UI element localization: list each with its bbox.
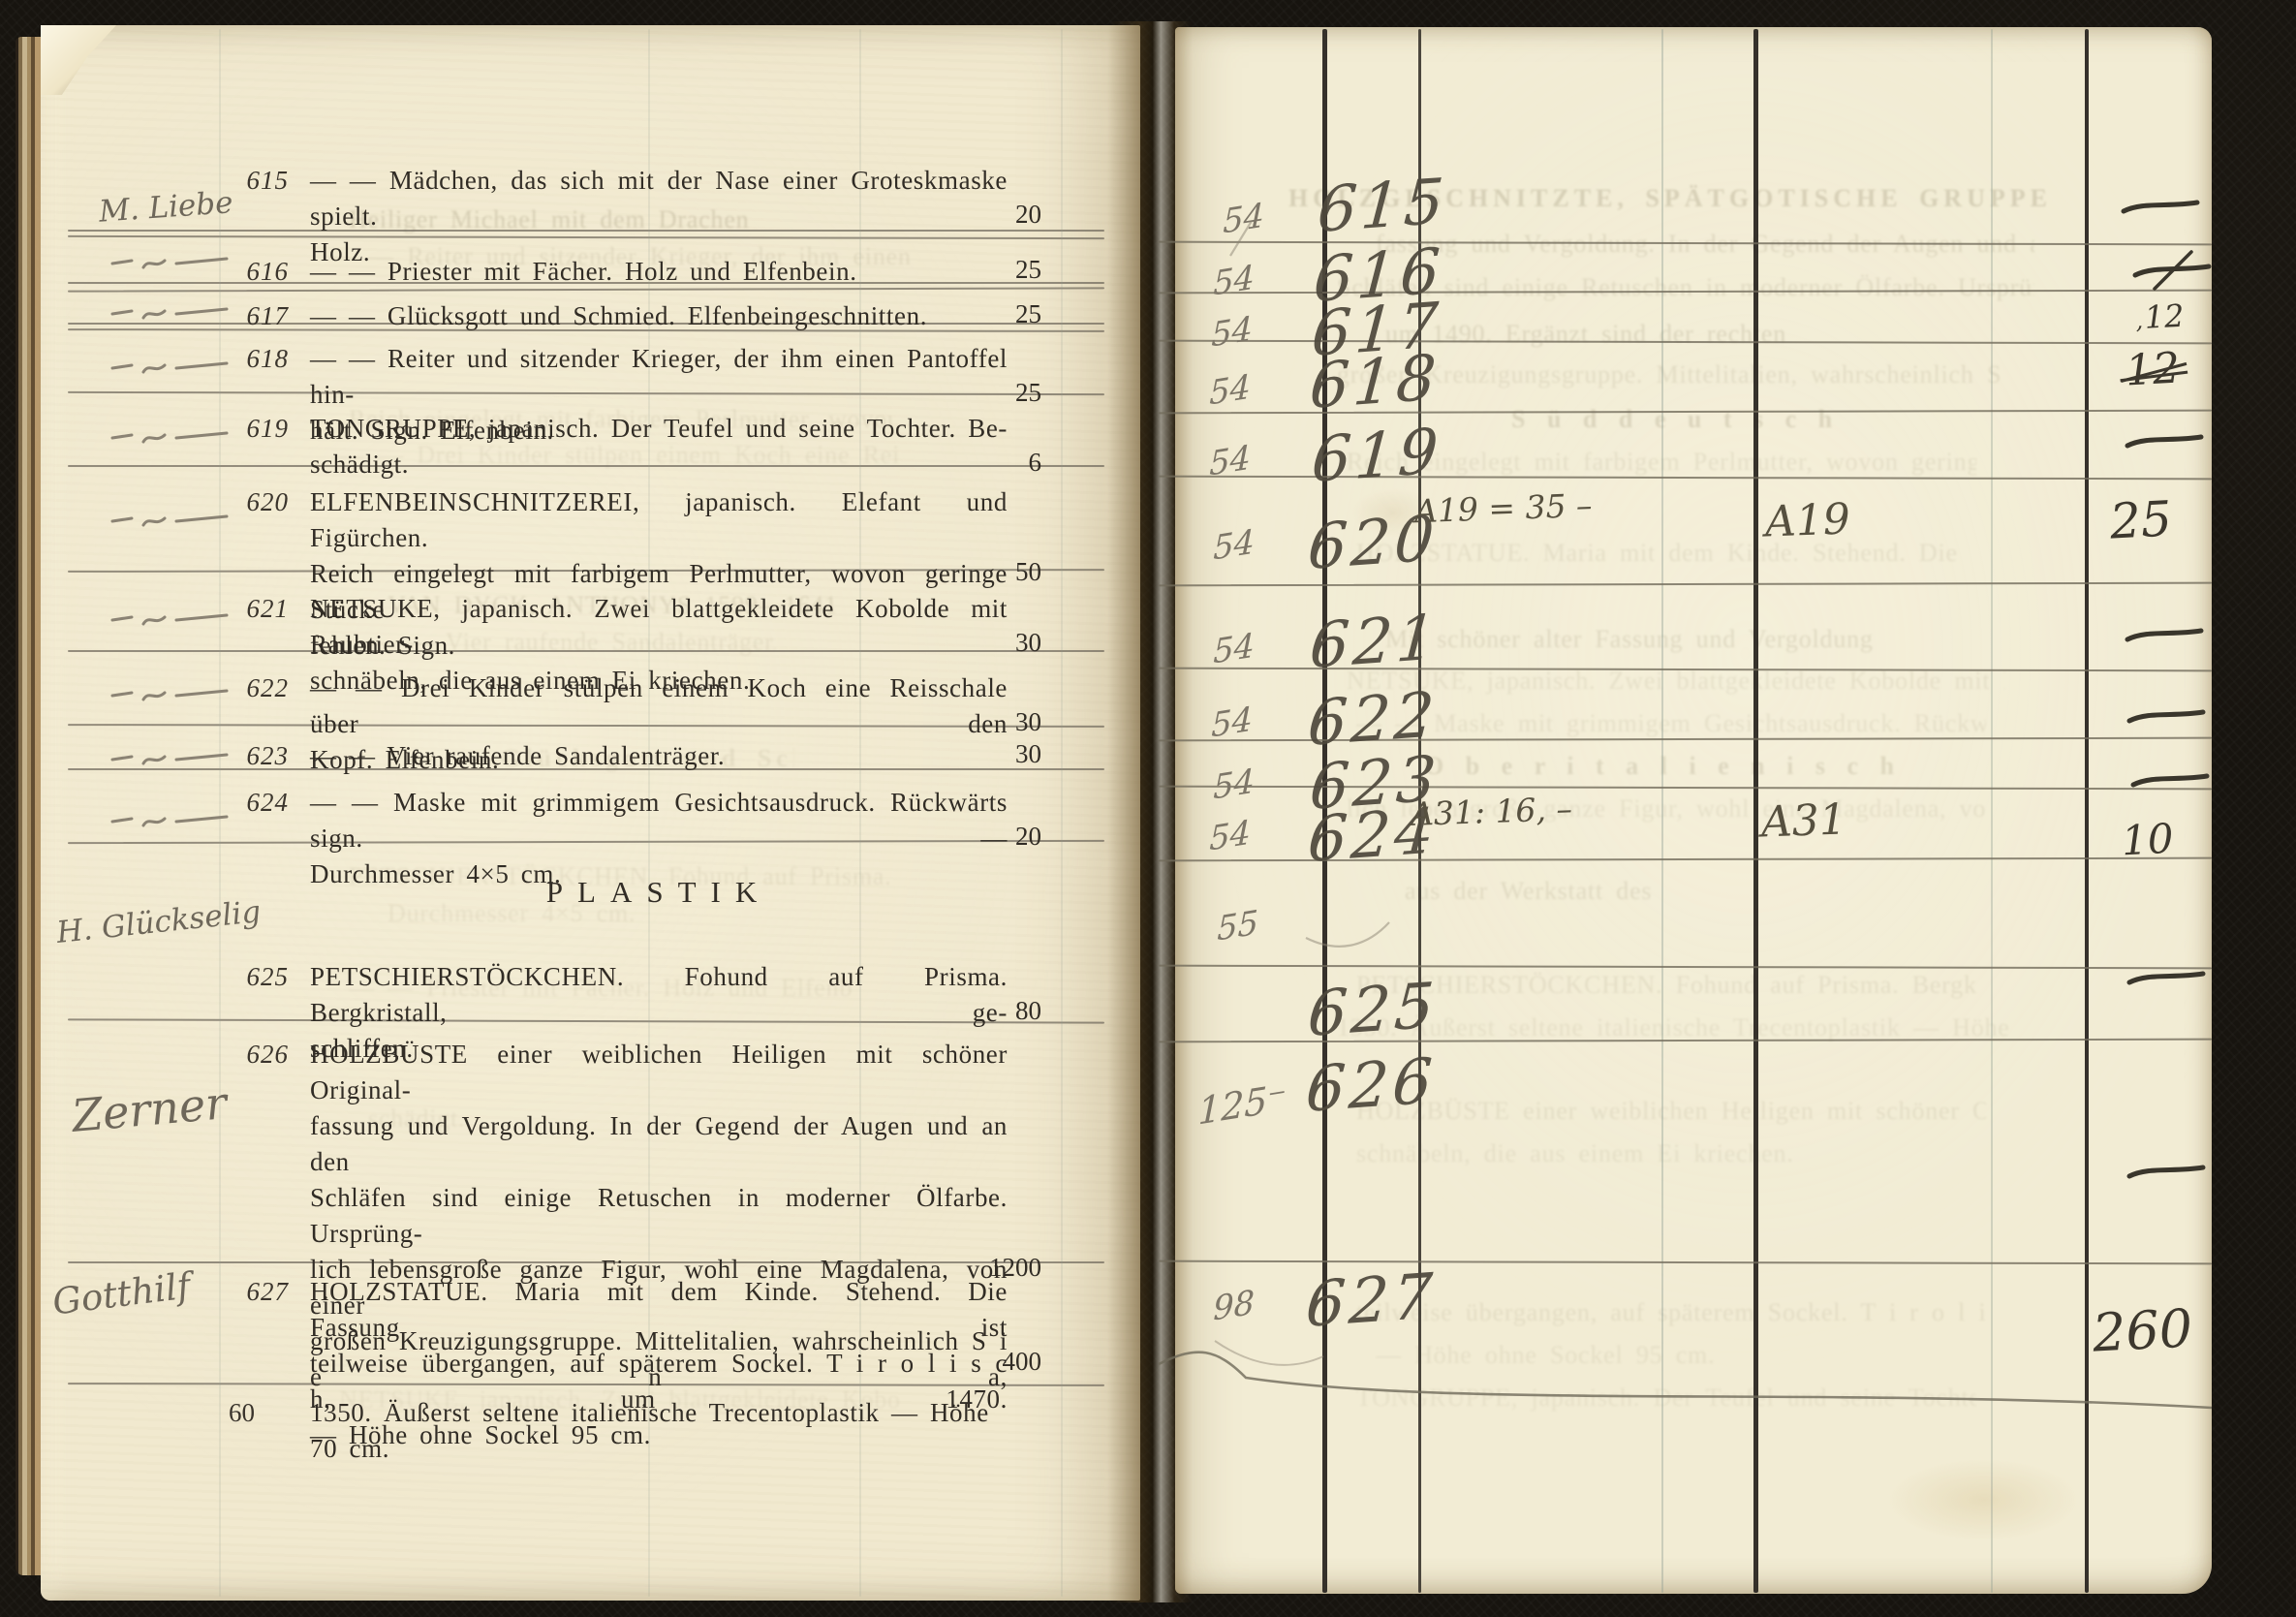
catalog-scan: { "left_page": { "page_number": "60", "s… [0,0,2296,1617]
handwriting-layer: M. LiebeH. GlückseligZernerGotthilf54615… [0,0,2296,1617]
pencil-swash-icon [0,0,2296,1617]
